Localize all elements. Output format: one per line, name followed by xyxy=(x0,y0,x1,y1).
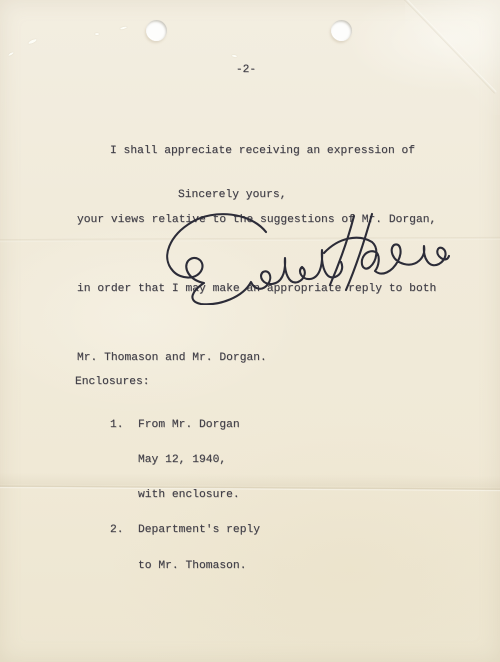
enclosures-label: Enclosures: xyxy=(75,376,150,388)
page-number: -2- xyxy=(0,64,492,76)
signature xyxy=(158,205,450,305)
signature-stroke xyxy=(167,214,342,304)
enclosure-text: From Mr. Dorgan xyxy=(138,420,240,432)
enclosure-number: 1. xyxy=(110,420,138,432)
enclosure-row: with enclosure. xyxy=(110,490,260,502)
punch-hole-left xyxy=(146,20,167,41)
paper-scratch xyxy=(232,55,237,58)
enclosure-text: Department's reply xyxy=(138,525,260,537)
paper-scratch xyxy=(95,33,99,35)
enclosure-number xyxy=(110,561,138,573)
enclosure-text: May 12, 1940, xyxy=(138,455,226,467)
body-line: I shall appreciate receiving an expressi… xyxy=(77,140,449,163)
body-line: Mr. Thomason and Mr. Dorgan. xyxy=(77,347,449,370)
punch-hole-right xyxy=(331,20,352,41)
enclosure-number xyxy=(110,455,138,467)
paper-scratch xyxy=(8,52,14,57)
closing-salutation: Sincerely yours, xyxy=(178,189,286,201)
enclosure-row: 2.Department's reply xyxy=(110,525,260,537)
signature-stroke xyxy=(330,216,354,285)
letter-page: -2- I shall appreciate receiving an expr… xyxy=(0,0,500,662)
enclosure-row: May 12, 1940, xyxy=(110,455,260,467)
enclosure-number: 2. xyxy=(110,525,138,537)
paper-scratch xyxy=(120,26,127,30)
enclosure-text: to Mr. Thomason. xyxy=(138,561,246,573)
enclosure-text: with enclosure. xyxy=(138,490,240,502)
enclosure-row: 1.From Mr. Dorgan xyxy=(110,420,260,432)
enclosure-number xyxy=(110,490,138,502)
paper-scratch xyxy=(28,38,37,45)
enclosures-list: 1.From Mr. Dorgan May 12, 1940, with enc… xyxy=(110,396,260,596)
enclosure-row: to Mr. Thomason. xyxy=(110,561,260,573)
